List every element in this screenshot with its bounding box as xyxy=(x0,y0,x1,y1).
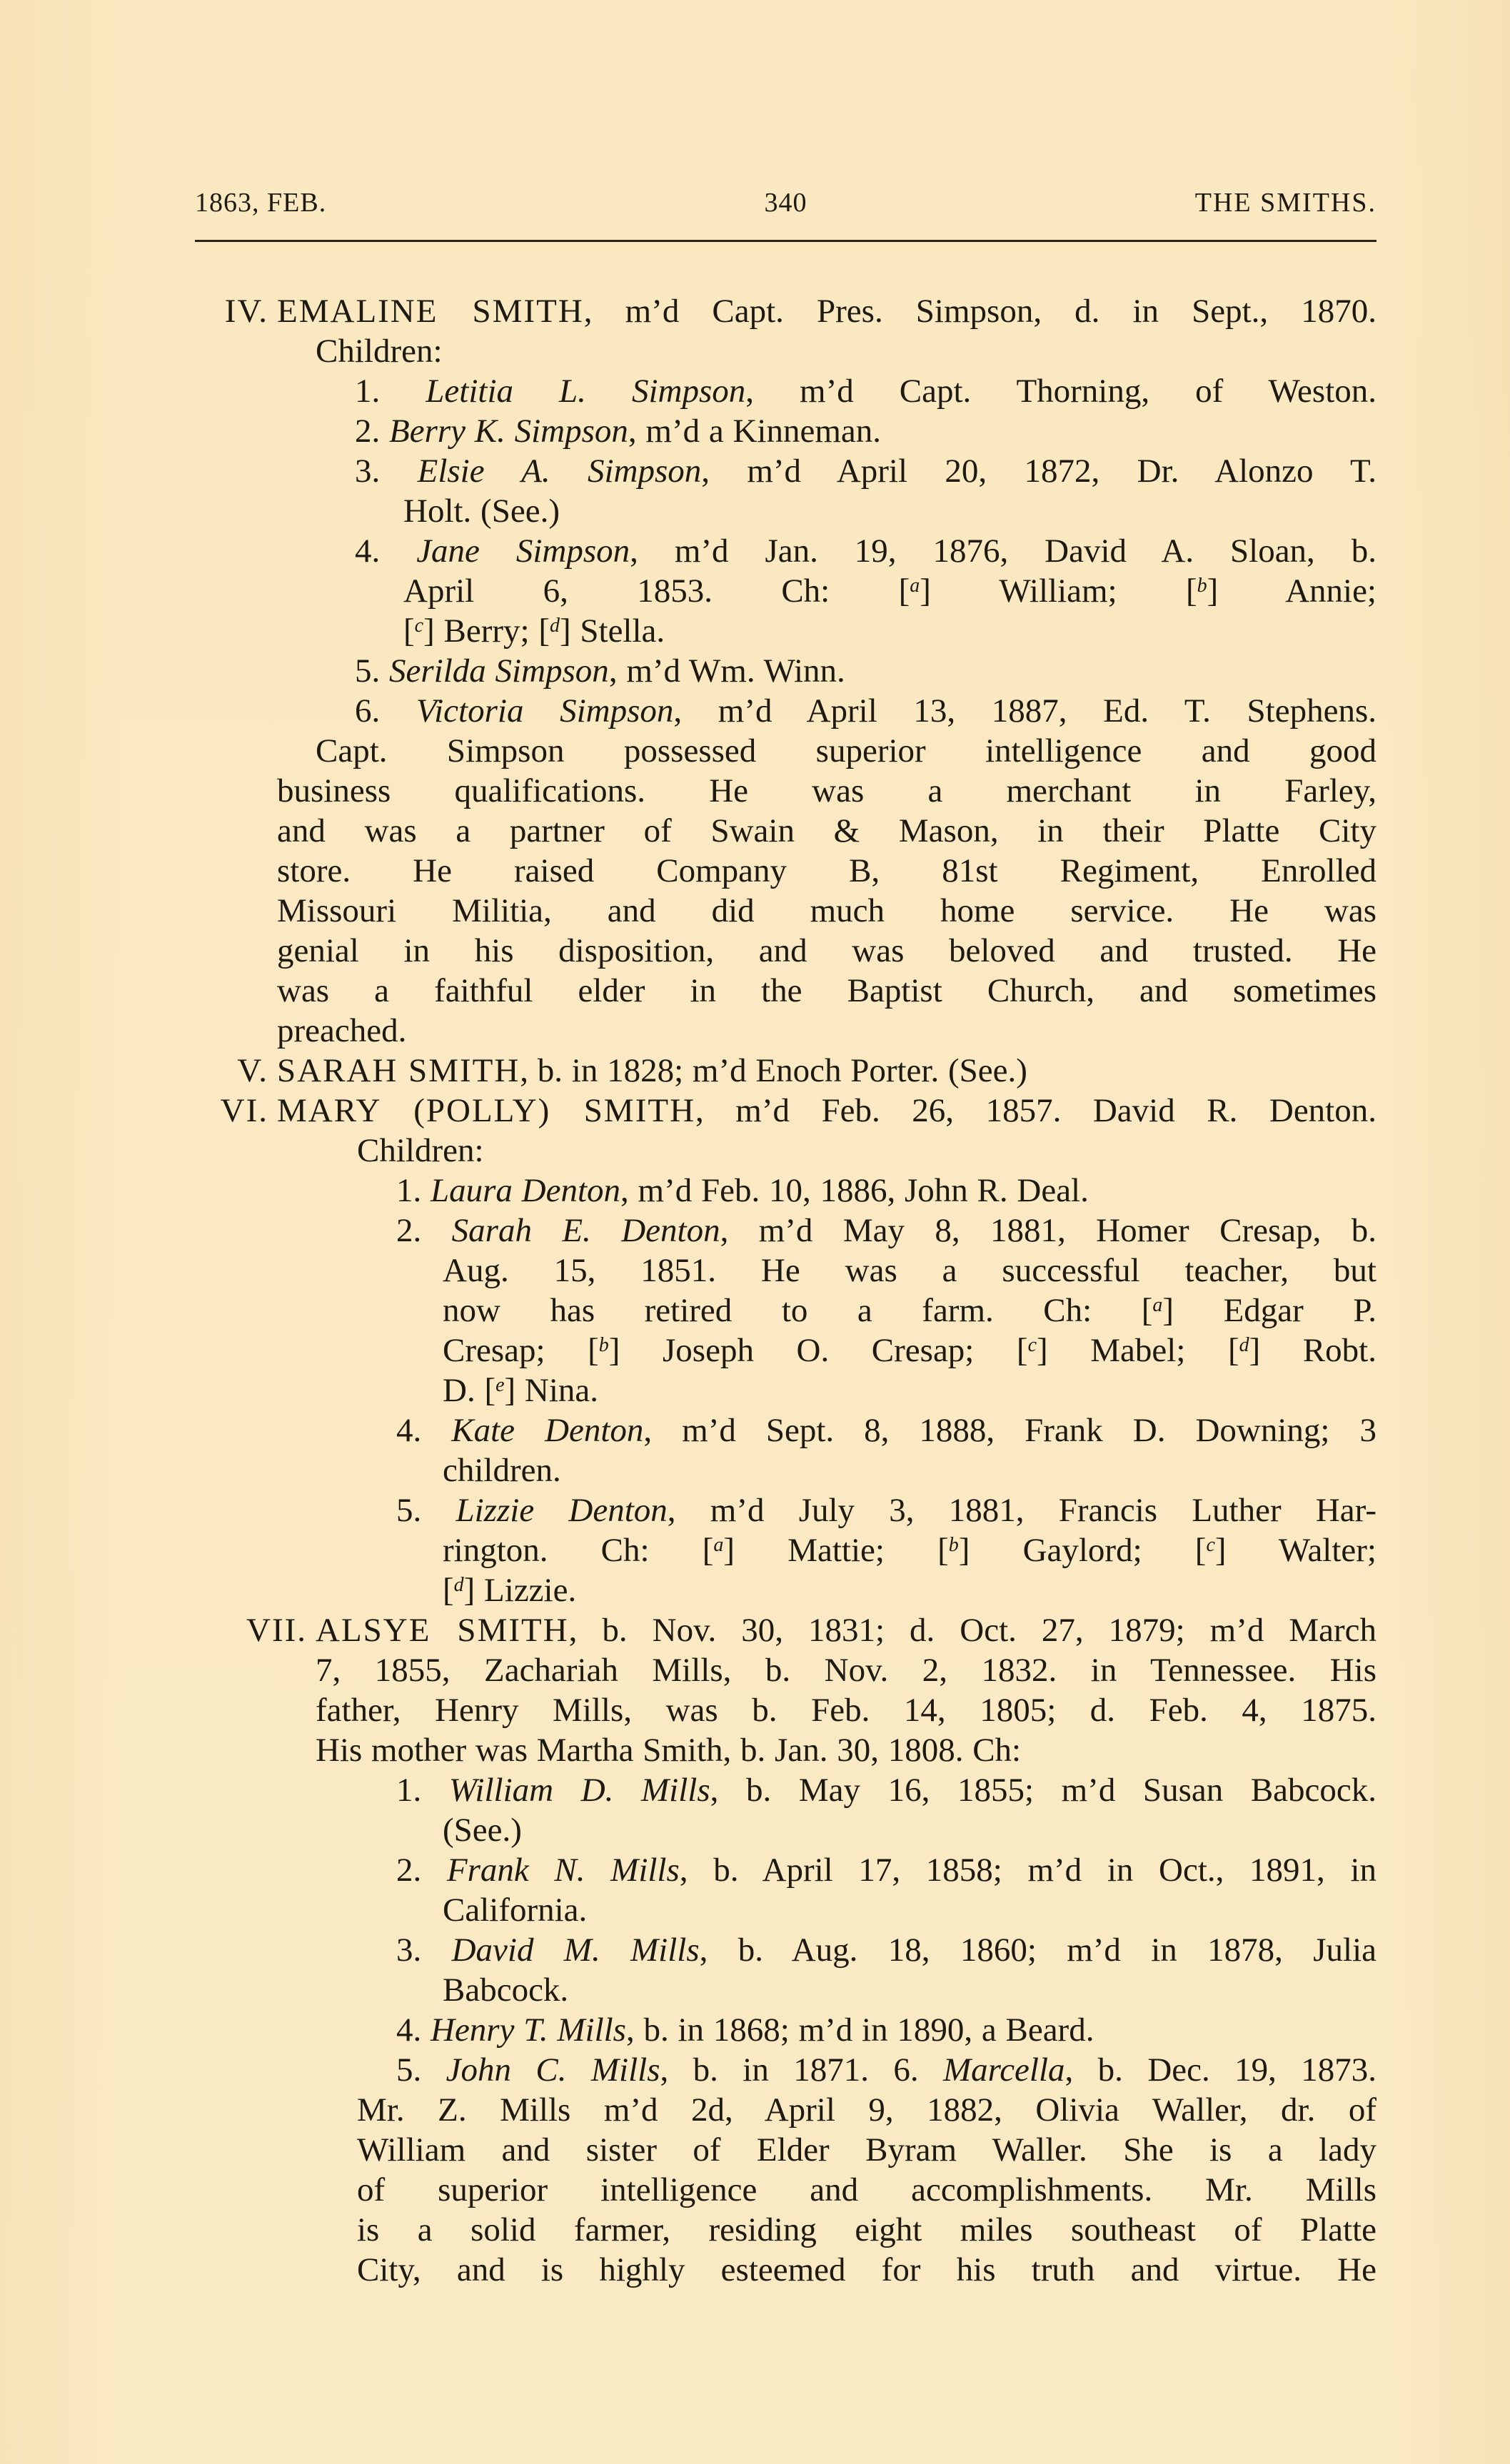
text-segment: , m’d Capt. Thorning, of Weston. xyxy=(745,373,1376,410)
family-member-name: SARAH SMITH xyxy=(277,1052,520,1089)
text-segment: ] Berry; [ xyxy=(423,612,550,650)
text-line: 4. Kate Denton, m’d Sept. 8, 1888, Frank… xyxy=(396,1410,1376,1450)
text-line: Babcock. xyxy=(443,1970,1376,2010)
person-name: Frank N. Mills xyxy=(447,1852,680,1889)
text-segment: , m’d Feb. 10, 1886, John R. Deal. xyxy=(620,1172,1089,1209)
text-segment: , m’d Jan. 19, 1876, David A. Sloan, b. xyxy=(630,532,1376,570)
section-numeral: VII. xyxy=(236,1610,307,1650)
text-segment: ] Walter; xyxy=(1215,1532,1376,1569)
text-line: His mother was Martha Smith, b. Jan. 30,… xyxy=(316,1730,1376,1770)
person-name: Jane Simpson xyxy=(416,532,630,570)
text-segment: , m’d Wm. Winn. xyxy=(609,652,845,690)
person-name: William D. Mills xyxy=(449,1772,710,1809)
text-segment: 1. xyxy=(396,1772,449,1809)
child-index-letter: a xyxy=(1152,1294,1162,1316)
person-name: Lizzie Denton xyxy=(455,1492,667,1529)
text-line: 6. Victoria Simpson, m’d April 13, 1887,… xyxy=(355,691,1376,731)
text-segment: rington. Ch: [ xyxy=(443,1532,713,1569)
text-segment: California. xyxy=(443,1892,587,1929)
person-name: Letitia L. Simpson xyxy=(426,373,745,410)
text-segment: store. He raised Company B, 81st Regimen… xyxy=(277,852,1376,889)
family-member-name: EMALINE SMITH xyxy=(277,293,584,330)
text-segment: Aug. 15, 1851. He was a successful teach… xyxy=(443,1252,1376,1289)
text-line: 1. William D. Mills, b. May 16, 1855; m’… xyxy=(396,1770,1376,1810)
text-segment: , b. April 17, 1858; m’d in Oct., 1891, … xyxy=(680,1852,1376,1889)
section-numeral: V. xyxy=(197,1051,268,1091)
text-segment: 2. xyxy=(396,1212,452,1249)
text-segment: 5. xyxy=(396,2051,446,2089)
person-name: Elsie A. Simpson xyxy=(418,453,702,490)
child-index-letter: a xyxy=(713,1534,723,1556)
text-segment: , b. in 1871. 6. xyxy=(660,2051,944,2089)
text-segment: is a solid farmer, residing eight miles … xyxy=(357,2211,1376,2248)
text-line: 2. Frank N. Mills, b. April 17, 1858; m’… xyxy=(396,1850,1376,1890)
text-segment: children. xyxy=(443,1452,561,1489)
text-segment: William and sister of Elder Byram Waller… xyxy=(357,2131,1376,2168)
text-segment: , m’d April 13, 1887, Ed. T. Stephens. xyxy=(673,692,1376,729)
text-segment: Missouri Militia, and did much home serv… xyxy=(277,892,1376,929)
text-line: children. xyxy=(443,1450,1376,1490)
child-index-letter: d xyxy=(454,1574,464,1596)
text-line: SARAH SMITH, b. in 1828; m’d Enoch Porte… xyxy=(277,1051,1376,1091)
text-line: 4. Jane Simpson, m’d Jan. 19, 1876, Davi… xyxy=(355,531,1376,571)
text-segment: (See.) xyxy=(443,1812,522,1849)
text-segment: , m’d April 20, 1872, Dr. Alonzo T. xyxy=(701,453,1376,490)
text-segment: 5. xyxy=(396,1492,455,1529)
text-segment: Children: xyxy=(316,333,443,370)
text-segment: ] Lizzie. xyxy=(464,1572,577,1609)
text-segment: 4. xyxy=(396,2011,431,2049)
text-line: 3. Elsie A. Simpson, m’d April 20, 1872,… xyxy=(355,451,1376,491)
text-line: MARY (POLLY) SMITH, m’d Feb. 26, 1857. D… xyxy=(277,1091,1376,1131)
text-segment: [ xyxy=(403,612,415,650)
text-segment: 4. xyxy=(355,532,416,570)
person-name: Marcella xyxy=(943,2051,1065,2089)
text-line: father, Henry Mills, was b. Feb. 14, 180… xyxy=(316,1690,1376,1730)
text-line: City, and is highly esteemed for his tru… xyxy=(357,2250,1376,2290)
text-segment: D. [ xyxy=(443,1372,495,1409)
text-line: Children: xyxy=(316,331,1376,371)
text-line: Mr. Z. Mills m’d 2d, April 9, 1882, Oliv… xyxy=(357,2090,1376,2130)
text-line: Children: xyxy=(357,1131,1376,1171)
text-segment: was a faithful elder in the Baptist Chur… xyxy=(277,972,1376,1009)
child-index-letter: c xyxy=(1028,1334,1037,1356)
text-segment: ] Mabel; [ xyxy=(1037,1332,1239,1369)
child-index-letter: a xyxy=(910,575,920,597)
text-segment: 6. xyxy=(355,692,416,729)
text-segment: ] Gaylord; [ xyxy=(959,1532,1207,1569)
text-line: William and sister of Elder Byram Waller… xyxy=(357,2130,1376,2170)
child-index-letter: c xyxy=(415,615,423,637)
family-member-name: ALSYE SMITH xyxy=(316,1612,569,1649)
text-segment: 4. xyxy=(396,1412,451,1449)
text-line: D. [e] Nina. xyxy=(443,1370,1376,1410)
text-segment: genial in his disposition, and was belov… xyxy=(277,932,1376,969)
text-line: 2. Berry K. Simpson, m’d a Kinneman. xyxy=(355,411,1376,451)
person-name: Victoria Simpson xyxy=(416,692,673,729)
child-index-letter: d xyxy=(1239,1334,1249,1356)
text-segment: preached. xyxy=(277,1012,406,1049)
text-segment: ] Nina. xyxy=(505,1372,599,1409)
text-segment: Children: xyxy=(357,1132,484,1169)
text-segment: , m’d Capt. Pres. Simpson, d. in Sept., … xyxy=(584,293,1376,330)
text-line: EMALINE SMITH, m’d Capt. Pres. Simpson, … xyxy=(277,291,1376,331)
text-segment: 7, 1855, Zachariah Mills, b. Nov. 2, 183… xyxy=(316,1652,1376,1689)
person-name: Serilda Simpson xyxy=(389,652,609,690)
text-segment: ] Mattie; [ xyxy=(723,1532,948,1569)
child-index-letter: d xyxy=(550,615,560,637)
person-name: Henry T. Mills xyxy=(431,2011,626,2049)
text-segment: ] Joseph O. Cresap; [ xyxy=(609,1332,1028,1369)
person-name: David M. Mills xyxy=(452,1932,700,1969)
text-segment: ] William; [ xyxy=(920,572,1197,610)
book-page: 1863, FEB. 340 THE SMITHS. IV.EMALINE SM… xyxy=(0,0,1510,2464)
text-line: business qualifications. He was a mercha… xyxy=(277,771,1376,811)
text-segment: , m’d May 8, 1881, Homer Cresap, b. xyxy=(720,1212,1376,1249)
person-name: Laura Denton xyxy=(431,1172,620,1209)
text-line: [c] Berry; [d] Stella. xyxy=(403,611,1376,651)
person-name: Kate Denton xyxy=(451,1412,643,1449)
text-segment: , b. Aug. 18, 1860; m’d in 1878, Julia xyxy=(700,1932,1376,1969)
text-segment: 3. xyxy=(355,453,418,490)
text-segment: 1. xyxy=(396,1172,431,1209)
text-line: is a solid farmer, residing eight miles … xyxy=(357,2210,1376,2250)
text-segment: business qualifications. He was a mercha… xyxy=(277,772,1376,809)
text-line: 1. Laura Denton, m’d Feb. 10, 1886, John… xyxy=(396,1171,1376,1211)
text-segment: April 6, 1853. Ch: [ xyxy=(403,572,910,610)
text-segment: ] Stella. xyxy=(560,612,665,650)
person-name: Berry K. Simpson xyxy=(389,413,628,450)
text-line: of superior intelligence and accomplishm… xyxy=(357,2170,1376,2210)
text-segment: Holt. (See.) xyxy=(403,493,560,530)
text-segment: of superior intelligence and accomplishm… xyxy=(357,2171,1376,2208)
person-name: Sarah E. Denton xyxy=(452,1212,720,1249)
text-line: 4. Henry T. Mills, b. in 1868; m’d in 18… xyxy=(396,2010,1376,2050)
text-line: April 6, 1853. Ch: [a] William; [b] Anni… xyxy=(403,571,1376,611)
text-line: (See.) xyxy=(443,1810,1376,1850)
text-line: ALSYE SMITH, b. Nov. 30, 1831; d. Oct. 2… xyxy=(316,1610,1376,1650)
text-segment: ] Edgar P. xyxy=(1162,1292,1376,1329)
text-line: 3. David M. Mills, b. Aug. 18, 1860; m’d… xyxy=(396,1930,1376,1970)
person-name: John C. Mills xyxy=(446,2051,660,2089)
text-line: 5. Lizzie Denton, m’d July 3, 1881, Fran… xyxy=(396,1490,1376,1530)
text-segment: Mr. Z. Mills m’d 2d, April 9, 1882, Oliv… xyxy=(357,2091,1376,2129)
text-segment: 5. xyxy=(355,652,389,690)
text-segment: Babcock. xyxy=(443,1971,568,2009)
text-line: was a faithful elder in the Baptist Chur… xyxy=(277,971,1376,1011)
text-segment: Capt. Simpson possessed superior intelli… xyxy=(316,732,1376,769)
text-segment: , b. May 16, 1855; m’d Susan Babcock. xyxy=(710,1772,1376,1809)
text-line: 5. Serilda Simpson, m’d Wm. Winn. xyxy=(355,651,1376,691)
text-line: rington. Ch: [a] Mattie; [b] Gaylord; [c… xyxy=(443,1530,1376,1570)
text-segment: 3. xyxy=(396,1932,452,1969)
family-member-name: MARY (POLLY) SMITH xyxy=(277,1092,695,1129)
text-line: 5. John C. Mills, b. in 1871. 6. Marcell… xyxy=(396,2050,1376,2090)
child-index-letter: b xyxy=(1197,575,1207,597)
running-header: 1863, FEB. 340 THE SMITHS. xyxy=(195,187,1376,223)
child-index-letter: c xyxy=(1206,1534,1214,1556)
text-line: Aug. 15, 1851. He was a successful teach… xyxy=(443,1251,1376,1291)
text-segment: 1. xyxy=(355,373,426,410)
text-segment: father, Henry Mills, was b. Feb. 14, 180… xyxy=(316,1692,1376,1729)
text-segment: 2. xyxy=(396,1852,447,1889)
text-segment: , b. in 1868; m’d in 1890, a Beard. xyxy=(626,2011,1094,2049)
child-index-letter: b xyxy=(949,1534,959,1556)
text-segment: , b. in 1828; m’d Enoch Porter. (See.) xyxy=(520,1052,1027,1089)
text-segment: ] Robt. xyxy=(1249,1332,1376,1369)
text-line: Capt. Simpson possessed superior intelli… xyxy=(316,731,1376,771)
text-line: genial in his disposition, and was belov… xyxy=(277,931,1376,971)
text-segment: Cresap; [ xyxy=(443,1332,599,1369)
text-line: 7, 1855, Zachariah Mills, b. Nov. 2, 183… xyxy=(316,1650,1376,1690)
text-segment: ] Annie; xyxy=(1207,572,1376,610)
header-rule xyxy=(195,240,1376,242)
section-numeral: IV. xyxy=(197,291,268,331)
text-segment: City, and is highly esteemed for his tru… xyxy=(357,2251,1376,2288)
header-title: THE SMITHS. xyxy=(1195,187,1376,218)
text-segment: now has retired to a farm. Ch: [ xyxy=(443,1292,1152,1329)
section-numeral: VI. xyxy=(197,1091,268,1131)
text-line: Missouri Militia, and did much home serv… xyxy=(277,891,1376,931)
text-line: 1. Letitia L. Simpson, m’d Capt. Thornin… xyxy=(355,371,1376,411)
text-segment: , b. Nov. 30, 1831; d. Oct. 27, 1879; m’… xyxy=(569,1612,1376,1649)
text-segment: , m’d Sept. 8, 1888, Frank D. Downing; 3 xyxy=(643,1412,1376,1449)
text-line: Holt. (See.) xyxy=(403,491,1376,531)
child-index-letter: b xyxy=(599,1334,609,1356)
text-segment: [ xyxy=(443,1572,454,1609)
text-segment: and was a partner of Swain & Mason, in t… xyxy=(277,812,1376,849)
text-segment: , b. Dec. 19, 1873. xyxy=(1065,2051,1376,2089)
text-line: preached. xyxy=(277,1011,1376,1051)
text-line: now has retired to a farm. Ch: [a] Edgar… xyxy=(443,1291,1376,1331)
text-segment: 2. xyxy=(355,413,389,450)
child-index-letter: e xyxy=(495,1374,504,1396)
text-line: California. xyxy=(443,1890,1376,1930)
text-segment: , m’d Feb. 26, 1857. David R. Denton. xyxy=(695,1092,1376,1129)
text-line: 2. Sarah E. Denton, m’d May 8, 1881, Hom… xyxy=(396,1211,1376,1251)
text-line: and was a partner of Swain & Mason, in t… xyxy=(277,811,1376,851)
text-line: store. He raised Company B, 81st Regimen… xyxy=(277,851,1376,891)
text-line: [d] Lizzie. xyxy=(443,1570,1376,1610)
text-line: Cresap; [b] Joseph O. Cresap; [c] Mabel;… xyxy=(443,1331,1376,1370)
text-segment: His mother was Martha Smith, b. Jan. 30,… xyxy=(316,1732,1021,1769)
text-segment: , m’d July 3, 1881, Francis Luther Har- xyxy=(668,1492,1376,1529)
text-segment: , m’d a Kinneman. xyxy=(628,413,881,450)
